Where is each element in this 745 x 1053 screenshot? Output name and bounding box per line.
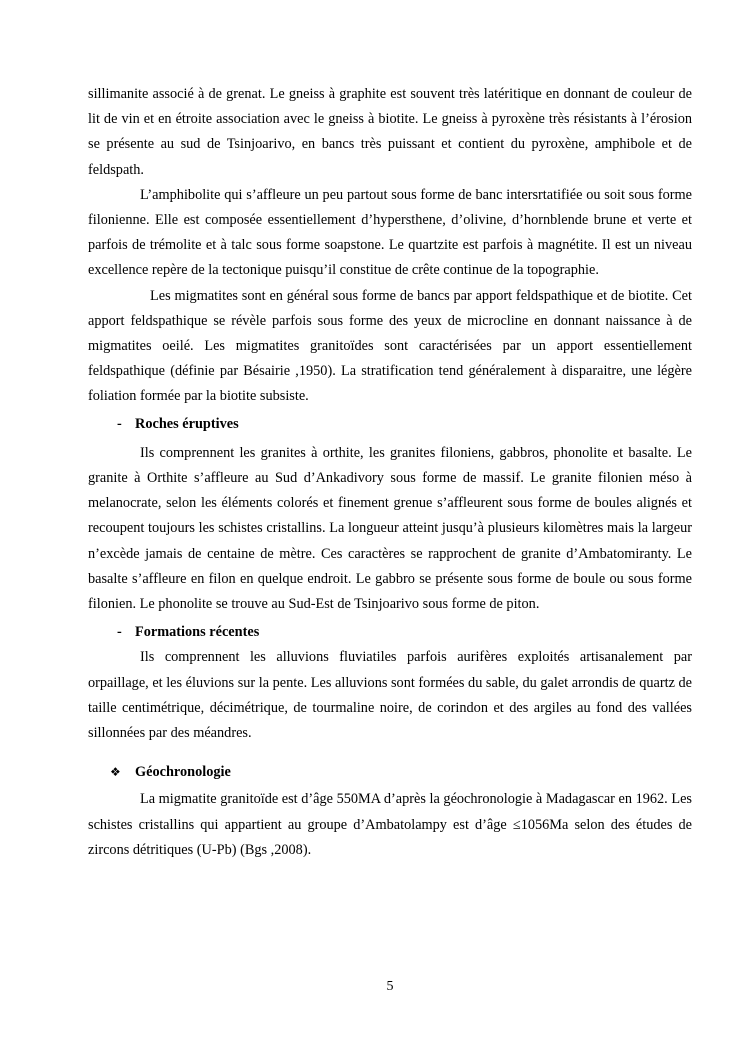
- document-page: sillimanite associé à de grenat. Le gnei…: [0, 0, 745, 1053]
- dash-bullet: -: [117, 412, 135, 437]
- diamond-bullet-icon: ❖: [110, 760, 135, 785]
- paragraph-gneiss: sillimanite associé à de grenat. Le gnei…: [88, 82, 692, 183]
- page-body: sillimanite associé à de grenat. Le gnei…: [88, 82, 692, 863]
- section-heading-roches-eruptives: -Roches éruptives: [88, 412, 692, 437]
- page-number: 5: [88, 978, 692, 996]
- paragraph-migmatites: Les migmatites sont en général sous form…: [88, 284, 692, 410]
- section-heading-geochronologie: ❖Géochronologie: [88, 760, 692, 785]
- section-heading-label: Roches éruptives: [135, 416, 239, 432]
- paragraph-amphibolite: L’amphibolite qui s’affleure un peu part…: [88, 183, 692, 284]
- section-heading-formations-recentes: -Formations récentes: [88, 620, 692, 645]
- paragraph-roches-eruptives: Ils comprennent les granites à orthite, …: [88, 441, 692, 617]
- section-heading-label: Géochronologie: [135, 764, 231, 780]
- paragraph-formations-recentes: Ils comprennent les alluvions fluviatile…: [88, 645, 692, 746]
- section-heading-label: Formations récentes: [135, 624, 259, 640]
- dash-bullet: -: [117, 620, 135, 645]
- paragraph-geochronologie: La migmatite granitoïde est d’âge 550MA …: [88, 787, 692, 863]
